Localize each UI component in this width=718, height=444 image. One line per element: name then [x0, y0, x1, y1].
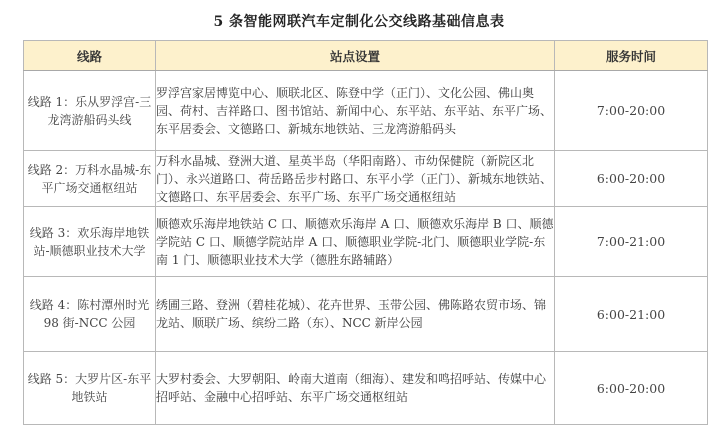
service-time: 7:00-21:00	[555, 207, 708, 277]
route-name: 线路 4：陈村潭州时光 98 街-NCC 公园	[24, 277, 156, 352]
service-time: 7:00-20:00	[555, 71, 708, 151]
route-stops: 罗浮宫家居博览中心、顺联北区、陈登中学（正门）、文化公园、佛山奥园、荷村、吉祥路…	[156, 71, 555, 151]
route-stops: 大罗村委会、大罗朝阳、岭南大道南（细海）、建发和鸣招呼站、传媒中心招呼站、金融中…	[156, 352, 555, 425]
table-row: 线路 1：乐从罗浮宫-三龙湾游船码头线 罗浮宫家居博览中心、顺联北区、陈登中学（…	[24, 71, 708, 151]
route-name: 线路 5：大罗片区-东平地铁站	[24, 352, 156, 425]
route-name: 线路 1：乐从罗浮宫-三龙湾游船码头线	[24, 71, 156, 151]
table-row: 线路 3：欢乐海岸地铁站-顺德职业技术大学 顺德欢乐海岸地铁站 C 口、顺德欢乐…	[24, 207, 708, 277]
route-stops: 顺德欢乐海岸地铁站 C 口、顺德欢乐海岸 A 口、顺德欢乐海岸 B 口、顺德学院…	[156, 207, 555, 277]
route-stops: 万科水晶城、登洲大道、星英半岛（华阳南路）、市幼保健院（新院区北门）、永兴道路口…	[156, 151, 555, 207]
routes-table: 线路 站点设置 服务时间 线路 1：乐从罗浮宫-三龙湾游船码头线 罗浮宫家居博览…	[23, 40, 708, 425]
service-time: 6:00-21:00	[555, 277, 708, 352]
header-stops: 站点设置	[156, 41, 555, 71]
header-service-time: 服务时间	[555, 41, 708, 71]
route-stops: 绣圃三路、登洲（碧桂花城）、花卉世界、玉带公园、佛陈路农贸市场、锦龙站、顺联广场…	[156, 277, 555, 352]
route-name: 线路 2：万科水晶城-东平广场交通枢纽站	[24, 151, 156, 207]
document-title: 5 条智能网联汽车定制化公交线路基础信息表	[0, 11, 718, 31]
service-time: 6:00-20:00	[555, 352, 708, 425]
table-row: 线路 5：大罗片区-东平地铁站 大罗村委会、大罗朝阳、岭南大道南（细海）、建发和…	[24, 352, 708, 425]
route-name: 线路 3：欢乐海岸地铁站-顺德职业技术大学	[24, 207, 156, 277]
table-row: 线路 2：万科水晶城-东平广场交通枢纽站 万科水晶城、登洲大道、星英半岛（华阳南…	[24, 151, 708, 207]
table-row: 线路 4：陈村潭州时光 98 街-NCC 公园 绣圃三路、登洲（碧桂花城）、花卉…	[24, 277, 708, 352]
table-header: 线路 站点设置 服务时间	[24, 41, 708, 71]
service-time: 6:00-20:00	[555, 151, 708, 207]
header-route: 线路	[24, 41, 156, 71]
